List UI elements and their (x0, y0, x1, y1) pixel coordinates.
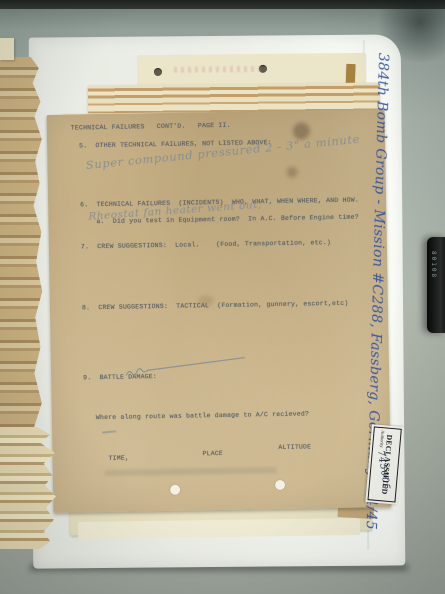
pencil-scribble (123, 352, 253, 380)
column-place: PLACE (202, 450, 223, 457)
punch-hole (275, 480, 285, 490)
black-device-edge: 80108 (427, 237, 445, 333)
questionnaire-page: TECHNICAL FAILURES CONT'D. PAGE II. 5. O… (47, 109, 392, 513)
paper-stack-left (0, 57, 56, 549)
punch-hole (154, 68, 162, 76)
paper-tab (0, 38, 14, 60)
paper-stack-edges (0, 57, 44, 429)
declassified-stamp: DECLASSIFIED Authority 745005 (365, 424, 404, 504)
device-label: 80108 (430, 251, 437, 279)
paper-stack-edges (0, 427, 56, 549)
faint-stamp-marks (174, 66, 266, 73)
column-altitude: ALTITUDE (278, 443, 311, 451)
stamp-border: DECLASSIFIED Authority 745005 (367, 426, 401, 502)
archive-photo: 80108 TECHNICAL FAILURES CONT'D. PAGE II… (0, 0, 445, 594)
column-time: TIME, (108, 455, 129, 462)
